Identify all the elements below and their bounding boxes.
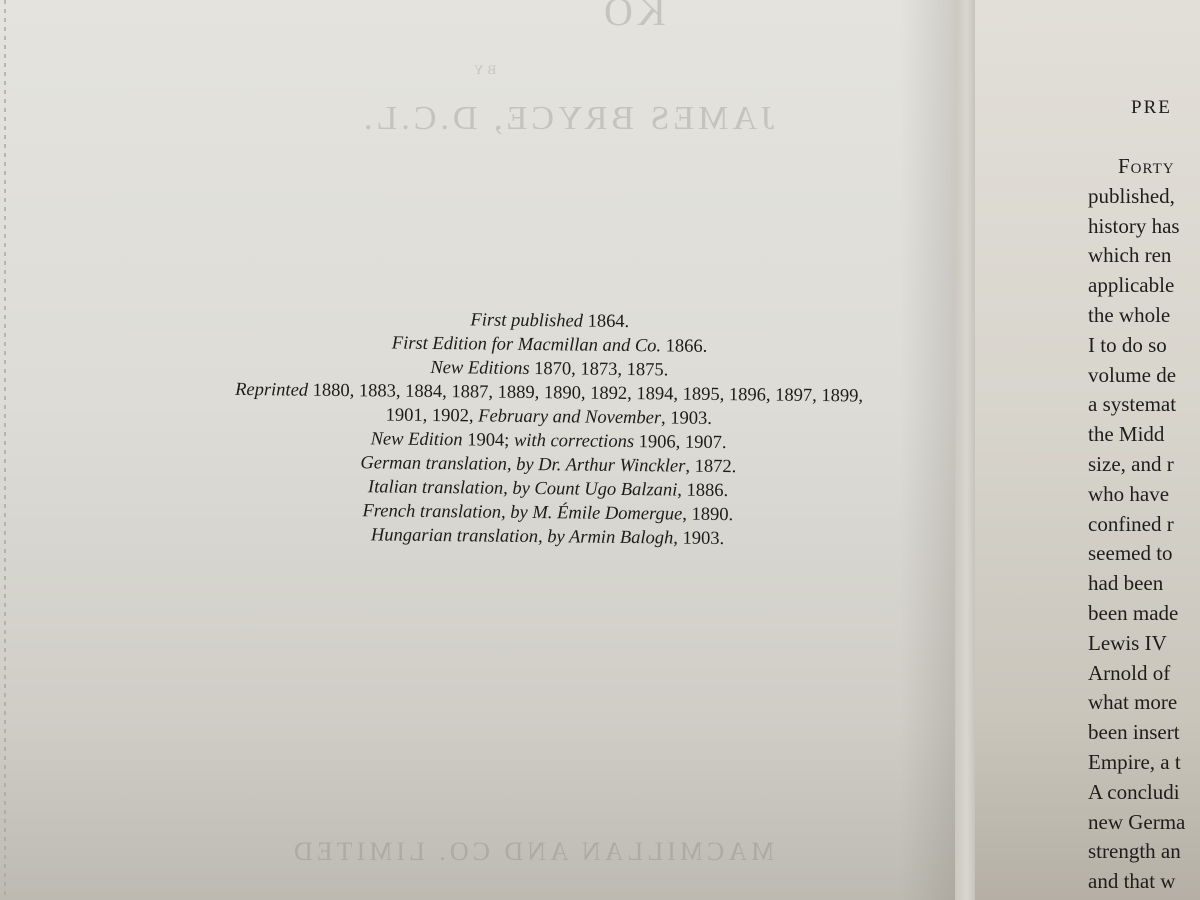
preface-line: new Germa	[1088, 808, 1185, 838]
imprint-block: First published 1864. First Edition for …	[147, 305, 949, 553]
preface-line: been insert	[1088, 718, 1185, 748]
bleed-through-by: BY	[470, 62, 496, 78]
preface-line: A concludi	[1088, 778, 1185, 808]
preface-line: had been	[1088, 569, 1185, 599]
preface-line: what more	[1088, 688, 1185, 718]
preface-line: been made	[1088, 599, 1185, 629]
preface-line: Arnold of	[1088, 659, 1185, 689]
preface-line: the Midd	[1088, 420, 1185, 450]
bleed-through-publisher: MACMILLAN AND CO. LIMITED	[290, 837, 774, 867]
preface-line: Forty	[1088, 152, 1185, 182]
preface-line: applicable	[1088, 271, 1185, 301]
preface-line: seemed to	[1088, 539, 1185, 569]
preface-line: Lewis IV	[1088, 629, 1185, 659]
bleed-through-top: KO	[600, 0, 666, 35]
preface-body: Forty published, history has which ren a…	[1088, 152, 1185, 897]
preface-line: Empire, a t	[1088, 748, 1185, 778]
preface-line: history has	[1088, 212, 1185, 242]
preface-line: strength an	[1088, 837, 1185, 867]
preface-line: size, and r	[1088, 450, 1185, 480]
preface-line: I to do so	[1088, 331, 1185, 361]
preface-line: and that w	[1088, 867, 1185, 897]
preface-line: published,	[1088, 182, 1185, 212]
bleed-through-author: JAMES BRYCE, D.C.L.	[360, 100, 774, 138]
book-spread: KO BY JAMES BRYCE, D.C.L. MACMILLAN AND …	[0, 0, 1200, 900]
preface-line: a systemat	[1088, 390, 1185, 420]
preface-line: who have	[1088, 480, 1185, 510]
preface-line: which ren	[1088, 241, 1185, 271]
preface-line: the whole	[1088, 301, 1185, 331]
preface-heading: PRE	[1131, 97, 1172, 119]
preface-line: confined r	[1088, 510, 1185, 540]
left-page-imprint: KO BY JAMES BRYCE, D.C.L. MACMILLAN AND …	[0, 0, 960, 900]
preface-line: volume de	[1088, 361, 1185, 391]
